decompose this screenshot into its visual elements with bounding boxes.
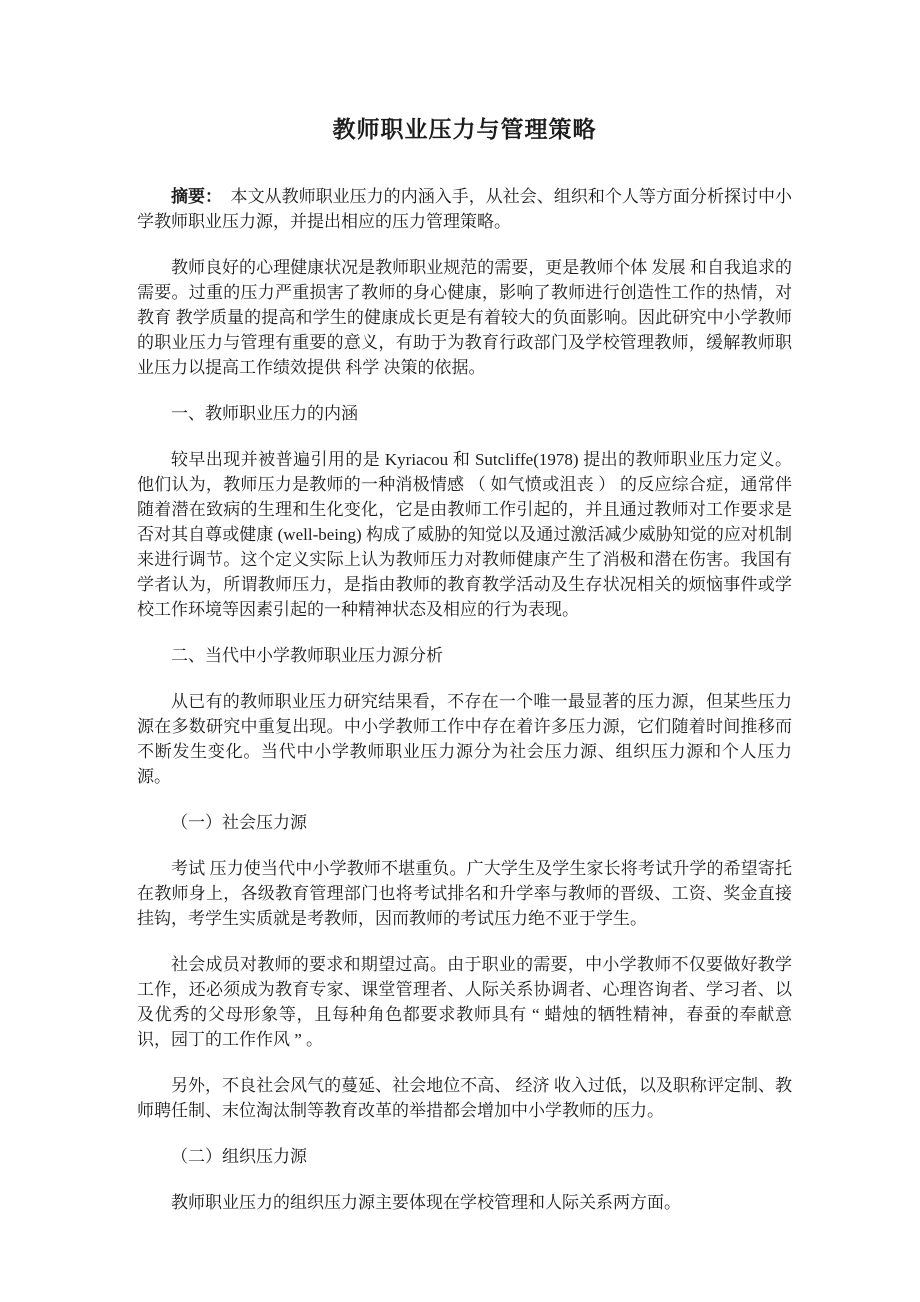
- abstract-paragraph: 摘要： 本文从教师职业压力的内涵入手，从社会、组织和个人等方面分析探讨中小学教师…: [137, 184, 792, 234]
- body-paragraph: 另外，不良社会风气的蔓延、社会地位不高、 经济 收入过低，以及职称评定制、教师聘…: [137, 1073, 792, 1123]
- document-page: 教师职业压力与管理策略 摘要： 本文从教师职业压力的内涵入手，从社会、组织和个人…: [0, 0, 920, 1302]
- intro-paragraph: 教师良好的心理健康状况是教师职业规范的需要，更是教师个体 发展 和自我追求的需要…: [137, 255, 792, 380]
- body-paragraph: 较早出现并被普遍引用的是 Kyriacou 和 Sutcliffe(1978) …: [137, 447, 792, 622]
- body-paragraph: 教师职业压力的组织压力源主要体现在学校管理和人际关系两方面。: [137, 1190, 792, 1215]
- section-heading-2-2: （二）组织压力源: [137, 1144, 792, 1169]
- abstract-label: 摘要：: [171, 187, 214, 206]
- section-heading-2: 二、当代中小学教师职业压力源分析: [137, 643, 792, 668]
- abstract-text: 本文从教师职业压力的内涵入手，从社会、组织和个人等方面分析探讨中小学教师职业压力…: [137, 187, 792, 231]
- body-paragraph: 考试 压力使当代中小学教师不堪重负。广大学生及学生家长将考试升学的希望寄托在教师…: [137, 856, 792, 931]
- document-title: 教师职业压力与管理策略: [137, 117, 792, 143]
- section-heading-2-1: （一）社会压力源: [137, 810, 792, 835]
- section-heading-1: 一、教师职业压力的内涵: [137, 401, 792, 426]
- body-paragraph: 从已有的教师职业压力研究结果看，不存在一个唯一最显著的压力源，但某些压力源在多数…: [137, 689, 792, 789]
- body-paragraph: 社会成员对教师的要求和期望过高。由于职业的需要，中小学教师不仅要做好教学工作，还…: [137, 952, 792, 1052]
